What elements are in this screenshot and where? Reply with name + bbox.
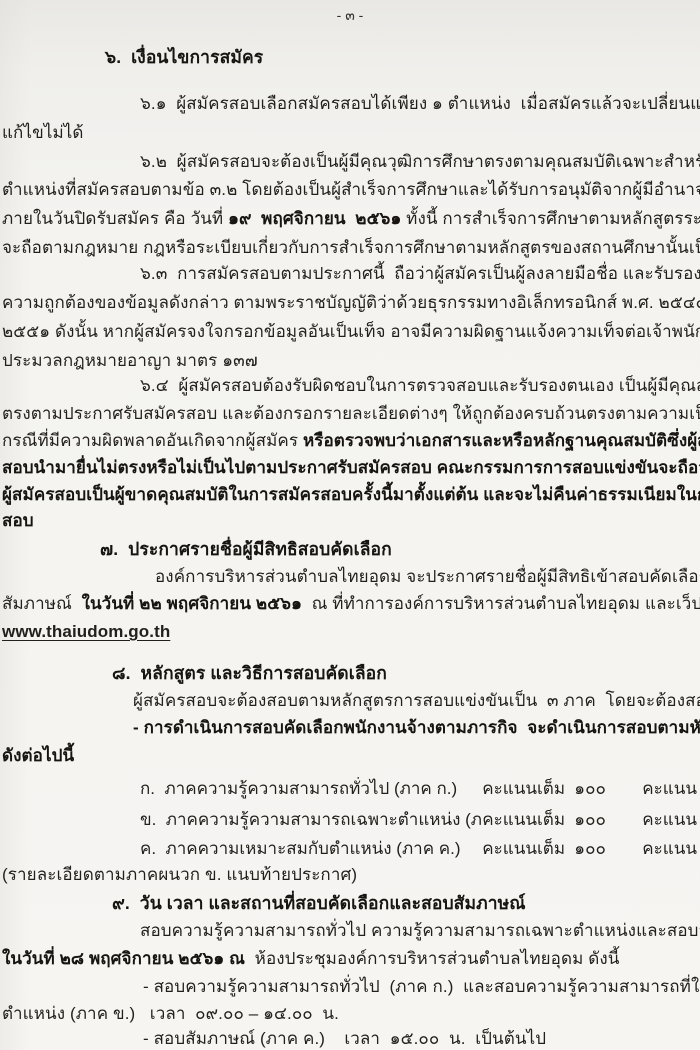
clause-6-3-line-2: ความถูกต้องของข้อมูลดังกล่าว ตามพระราชบั…: [2, 291, 700, 315]
exam-part-score: คะแนนเต็ม๑๐๐คะแนน: [482, 777, 697, 801]
score-value: ๑๐๐: [574, 808, 642, 832]
section-9-line-5: - สอบสัมภาษณ์ (ภาค ค.) เวลา ๑๕.๐๐ น. เป็…: [143, 1027, 546, 1050]
exam-part-b-row: ข. ภาคความรู้ความสามารถเฉพาะตำแหน่ง (ภาค…: [140, 808, 697, 832]
text-segment: กรณีที่มีความผิดพลาดอันเกิดจากผู้สมัคร: [2, 431, 303, 450]
clause-6-3-line-4: ประมวลกฎหมายอาญา มาตร ๑๓๗: [2, 349, 258, 373]
text-segment: ทั้งนี้ การสำเร็จการศึกษาตามหลักสูตรระดั…: [401, 209, 700, 228]
website-url: www.thaiudom.go.th: [2, 620, 170, 644]
section-8-line-3: ดังต่อไปนี้: [2, 744, 74, 768]
clause-6-2-line-2: ตำแหน่งที่สมัครสอบตามข้อ ๓.๒ โดยต้องเป็น…: [2, 178, 700, 202]
section-8-line-2: - การดำเนินการสอบคัดเลือกพนักงานจ้างตามภ…: [133, 716, 700, 740]
clause-6-2-line-3: ภายในวันปิดรับสมัคร คือ วันที่ ๑๙ พฤศจิก…: [2, 207, 700, 231]
clause-6-3-line-1: ๖.๓ การสมัครสอบตามประกาศนี้ ถือว่าผู้สมั…: [140, 262, 700, 286]
exam-part-score: คะแนนเต็ม๑๐๐คะแนน: [482, 837, 697, 861]
disqualification-warning: หรือตรวจพบว่าเอกสารและหรือหลักฐานคุณสมบั…: [303, 431, 700, 450]
section-9-line-2: ในวันที่ ๒๘ พฤศจิกายน ๒๕๖๑ ณ ห้องประชุมอ…: [2, 947, 620, 971]
section-8-heading: ๘. หลักสูตร และวิธีการสอบคัดเลือก: [112, 661, 387, 685]
page-number: - ๓ -: [0, 5, 700, 27]
section-9-line-3: - สอบความรู้ความสามารถทั่วไป (ภาค ก.) แล…: [143, 975, 700, 999]
text-segment: ห้องประชุมองค์การบริหารส่วนตำบลไทยอุดม ด…: [245, 949, 620, 968]
clause-6-1-line-1: ๖.๑ ผู้สมัครสอบเลือกสมัครสอบได้เพียง ๑ ต…: [140, 92, 700, 116]
exam-part-score: คะแนนเต็ม๑๐๐คะแนน: [482, 808, 697, 832]
section-7-line-2: สัมภาษณ์ ในวันที่ ๒๒ พฤศจิกายน ๒๕๖๑ ณ ที…: [2, 592, 700, 616]
text-segment: ณ ที่ทำการองค์การบริหารส่วนตำบลไทยอุดม แ…: [302, 594, 700, 613]
section-7-heading: ๗. ประกาศรายชื่อผู้มีสิทธิสอบคัดเลือก: [100, 537, 392, 561]
clause-6-4-line-2: ตรงตามประกาศรับสมัครสอบ และต้องกรอกรายละ…: [2, 402, 700, 426]
clause-6-4-line-3: กรณีที่มีความผิดพลาดอันเกิดจากผู้สมัคร ห…: [2, 429, 700, 453]
appendix-note: (รายละเอียดตามภาคผนวก ข. แนบท้ายประกาศ): [2, 863, 357, 887]
score-unit: คะแนน: [642, 777, 697, 801]
section-9-line-4: ตำแหน่ง (ภาค ข.) เวลา ๐๙.๐๐ – ๑๔.๐๐ น.: [2, 1002, 339, 1026]
exam-part-label: ค. ภาคความเหมาะสมกับตำแหน่ง (ภาค ค.): [140, 837, 482, 861]
announcement-date: ในวันที่ ๒๒ พฤศจิกายน ๒๕๖๑: [82, 594, 302, 613]
exam-part-a-row: ก. ภาคความรู้ความสามารถทั่วไป (ภาค ก.) ค…: [140, 777, 697, 801]
exam-part-label: ข. ภาคความรู้ความสามารถเฉพาะตำแหน่ง (ภาค…: [140, 808, 482, 832]
clause-6-2-line-1: ๖.๒ ผู้สมัครสอบจะต้องเป็นผู้มีคุณวุฒิการ…: [140, 150, 700, 174]
clause-6-4-line-4: สอบนำมายื่นไม่ตรงหรือไม่เป็นไปตามประกาศร…: [2, 456, 700, 480]
score-label: คะแนนเต็ม: [482, 837, 574, 861]
score-label: คะแนนเต็ม: [482, 777, 574, 801]
section-9-line-1: สอบความรู้ความสามารถทั่วไป ความรู้ความสา…: [140, 919, 700, 943]
score-value: ๑๐๐: [574, 777, 642, 801]
text-segment: สัมภาษณ์: [2, 594, 82, 613]
exam-date: ในวันที่ ๒๘ พฤศจิกายน ๒๕๖๑ ณ: [2, 949, 245, 968]
scanned-document-page: - ๓ - ๖. เงื่อนไขการสมัคร ๖.๑ ผู้สมัครสอ…: [0, 0, 700, 1050]
clause-6-3-line-3: ๒๕๕๑ ดังนั้น หากผู้สมัครจงใจกรอกข้อมูลอั…: [2, 320, 700, 344]
text-segment: ภายในวันปิดรับสมัคร คือ วันที่: [2, 209, 228, 228]
score-unit: คะแนน: [642, 808, 697, 832]
clause-6-4-line-6: สอบ: [2, 509, 34, 533]
clause-6-1-line-2: แก้ไขไม่ได้: [2, 121, 84, 145]
closing-date: ๑๙ พฤศจิกายน ๒๕๖๑: [228, 209, 401, 228]
exam-part-label: ก. ภาคความรู้ความสามารถทั่วไป (ภาค ก.): [140, 777, 482, 801]
score-value: ๑๐๐: [574, 837, 642, 861]
section-9-heading: ๙. วัน เวลา และสถานที่สอบคัดเลือกและสอบส…: [112, 891, 526, 915]
score-unit: คะแนน: [642, 837, 697, 861]
score-label: คะแนนเต็ม: [482, 808, 574, 832]
exam-part-c-row: ค. ภาคความเหมาะสมกับตำแหน่ง (ภาค ค.) คะแ…: [140, 837, 697, 861]
section-6-heading: ๖. เงื่อนไขการสมัคร: [105, 45, 263, 69]
section-8-line-1: ผู้สมัครสอบจะต้องสอบตามหลักสูตรการสอบแข่…: [133, 689, 700, 713]
section-7-line-1: องค์การบริหารส่วนตำบลไทยอุดม จะประกาศราย…: [155, 565, 700, 589]
clause-6-4-line-1: ๖.๔ ผู้สมัครสอบต้องรับผิดชอบในการตรวจสอบ…: [140, 374, 700, 398]
clause-6-2-line-4: จะถือตามกฎหมาย กฎหรือระเบียบเกี่ยวกับการ…: [2, 236, 700, 260]
clause-6-4-line-5: ผู้สมัครสอบเป็นผู้ขาดคุณสมบัติในการสมัคร…: [2, 483, 700, 507]
